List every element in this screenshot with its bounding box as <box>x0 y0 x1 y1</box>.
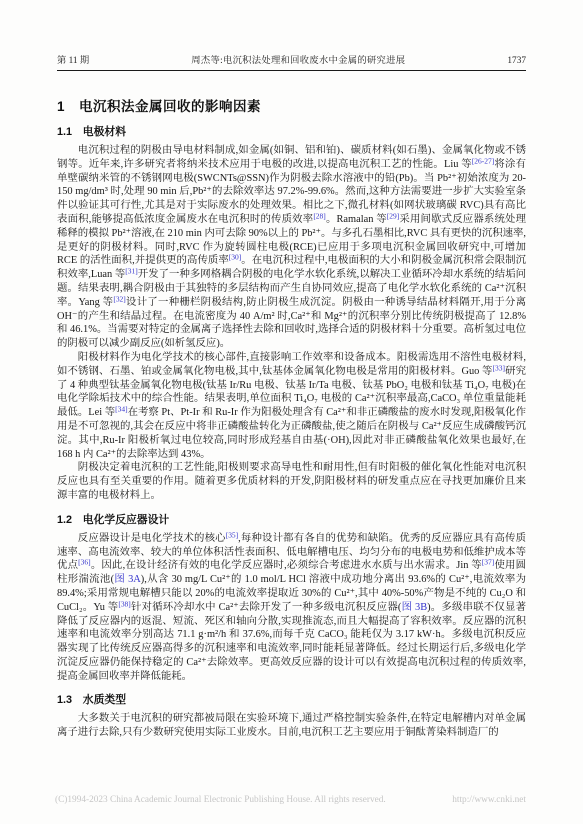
copyright-text: (C)1994-2023 China Academic Journal Elec… <box>55 795 386 805</box>
page-header: 第 11 期 周杰等:电沉积法处理和回收废水中金属的研究进展 1737 <box>57 52 526 66</box>
paragraph-water-type: 大多数关于电沉积的研究都被局限在实验环境下,通过严格控制实验条件,在特定电解槽内… <box>57 712 526 740</box>
paragraph-electrode-summary: 阴极决定着电沉积的工艺性能,阳极则要求高导电性和耐用性,但有时阳极的催化氧化性能… <box>57 461 526 502</box>
issue-label: 第 11 期 <box>57 52 89 66</box>
section-1-3-heading: 1.3 水质类型 <box>57 692 526 707</box>
page-footer: (C)1994-2023 China Academic Journal Elec… <box>55 795 526 805</box>
document-page: 第 11 期 周杰等:电沉积法处理和回收废水中金属的研究进展 1737 1 电沉… <box>0 0 583 824</box>
cnki-url: http://www.cnki.net <box>452 795 526 805</box>
paragraph-cathode-materials: 电沉积过程的阴极由导电材料制成,如金属(如铜、铝和铂)、碳质材料(如石墨)、金属… <box>57 144 526 351</box>
section-1-heading: 1 电沉积法金属回收的影响因素 <box>57 95 526 115</box>
running-title: 周杰等:电沉积法处理和回收废水中金属的研究进展 <box>191 52 405 66</box>
page-number: 1737 <box>507 56 526 66</box>
header-divider <box>57 70 526 71</box>
section-1-2-heading: 1.2 电化学反应器设计 <box>57 512 526 527</box>
paragraph-reactor-design: 反应器设计是电化学技术的核心[35],每种设计都有各自的优势和缺陷。优秀的反应器… <box>57 532 526 684</box>
section-1-1-heading: 1.1 电极材料 <box>57 124 526 139</box>
paragraph-anode-materials: 阳极材料作为电化学技术的核心部件,直接影响工作效率和设备成本。阳极需选用不溶性电… <box>57 351 526 461</box>
